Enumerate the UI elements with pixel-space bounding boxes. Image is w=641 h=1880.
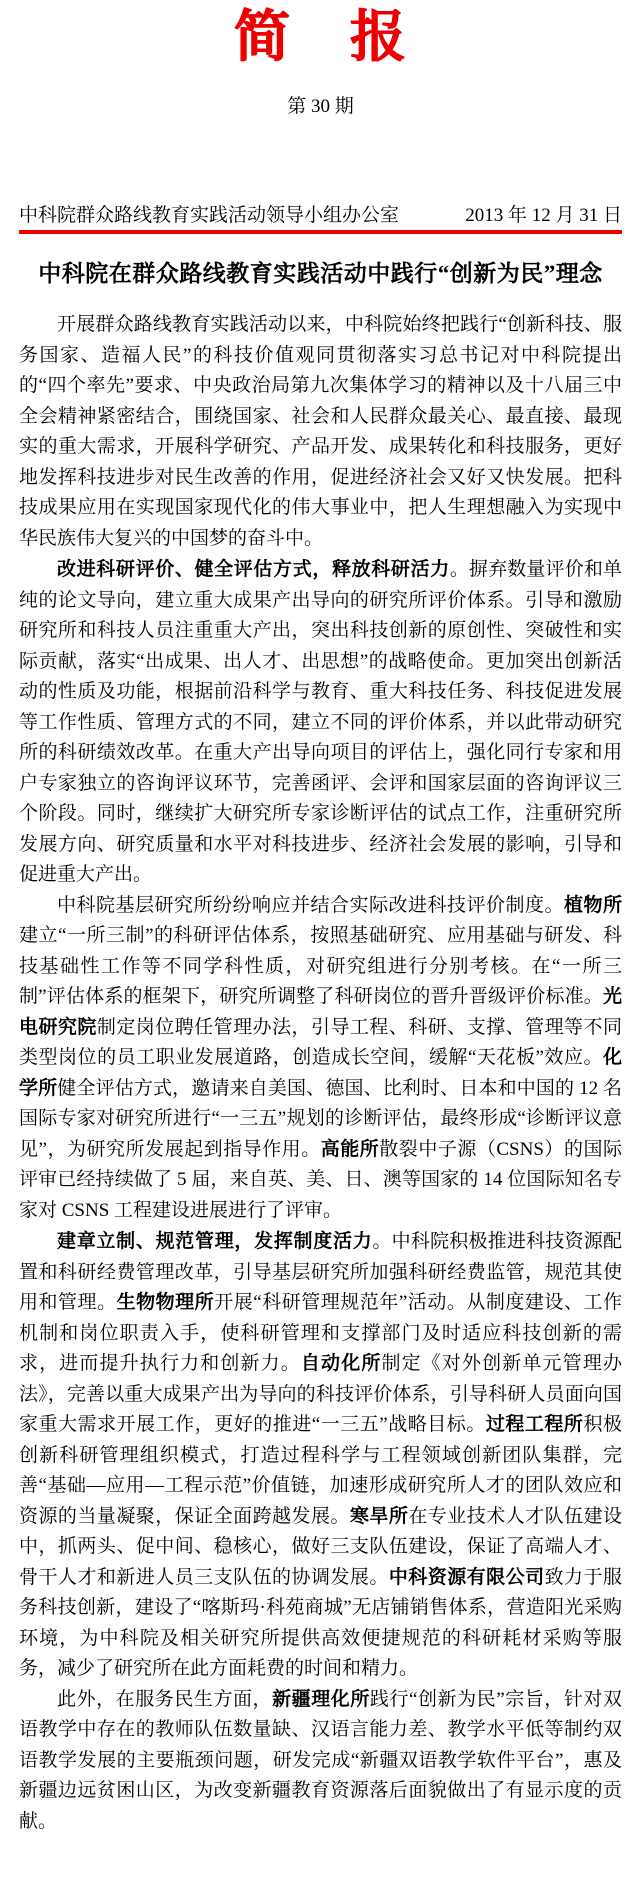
text-segment: 中科院基层研究所纷纷响应并结合实际改进科技评价制度。 [57,895,564,916]
institute-name: 高能所 [321,1139,380,1160]
paragraph: 开展群众路线教育实践活动以来，中科院始终把践行“创新科技、服务国家、造福人民”的… [19,310,622,554]
institute-name: 中科资源有限公司 [389,1567,545,1588]
red-rule [19,230,622,234]
text-segment: 。摒弃数量评价和单纯的论文导向，建立重大成果产出导向的研究所评价体系。引导和激励… [19,559,622,885]
institute-name: 生物物理所 [117,1292,215,1313]
institute-name: 植物所 [564,895,622,916]
paragraph: 中科院基层研究所纷纷响应并结合实际改进科技评价制度。植物所建立“一所三制”的科研… [19,891,622,1227]
text-segment: 此外，在服务民生方面， [57,1689,272,1710]
institute-name: 过程工程所 [486,1414,584,1435]
bulletin-page: 简 报 第 30 期 中科院群众路线教育实践活动领导小组办公室 2013 年 1… [0,0,641,1861]
text-segment: 制定岗位聘任管理办法，引导工程、科研、支撑、管理等不同类型岗位的员工职业发展道路… [19,1017,622,1069]
masthead-title: 简 报 [19,8,622,68]
institute-name: 新疆理化所 [272,1689,370,1710]
institute-name: 自动化所 [301,1353,382,1374]
issue-date: 2013 年 12 月 31 日 [465,204,622,228]
paragraph-lead: 建章立制、规范管理，发挥制度活力 [57,1230,372,1252]
article-body: 开展群众路线教育实践活动以来，中科院始终把践行“创新科技、服务国家、造福人民”的… [19,310,622,1837]
paragraph-lead: 改进科研评价、健全评估方式，释放科研活力 [57,558,450,580]
institute-name: 寒旱所 [350,1506,408,1527]
issue-number: 第 30 期 [19,96,622,118]
paragraph: 建章立制、规范管理，发挥制度活力。中科院积极推进科技资源配置和科研经费管理改革，… [19,1226,622,1685]
article-title: 中科院在群众路线教育实践活动中践行“创新为民”理念 [19,258,622,290]
text-segment: 开展群众路线教育实践活动以来，中科院始终把践行“创新科技、服务国家、造福人民”的… [19,314,622,549]
paragraph: 改进科研评价、健全评估方式，释放科研活力。摒弃数量评价和单纯的论文导向，建立重大… [19,554,622,891]
paragraph: 此外，在服务民生方面，新疆理化所践行“创新为民”宗旨，针对双语教学中存在的教师队… [19,1685,622,1838]
header-row: 中科院群众路线教育实践活动领导小组办公室 2013 年 12 月 31 日 [19,204,622,229]
issuing-office: 中科院群众路线教育实践活动领导小组办公室 [19,204,399,228]
text-segment: 建立“一所三制”的科研评估体系，按照基础研究、应用基础与研发、科技基础性工作等不… [19,925,622,1007]
